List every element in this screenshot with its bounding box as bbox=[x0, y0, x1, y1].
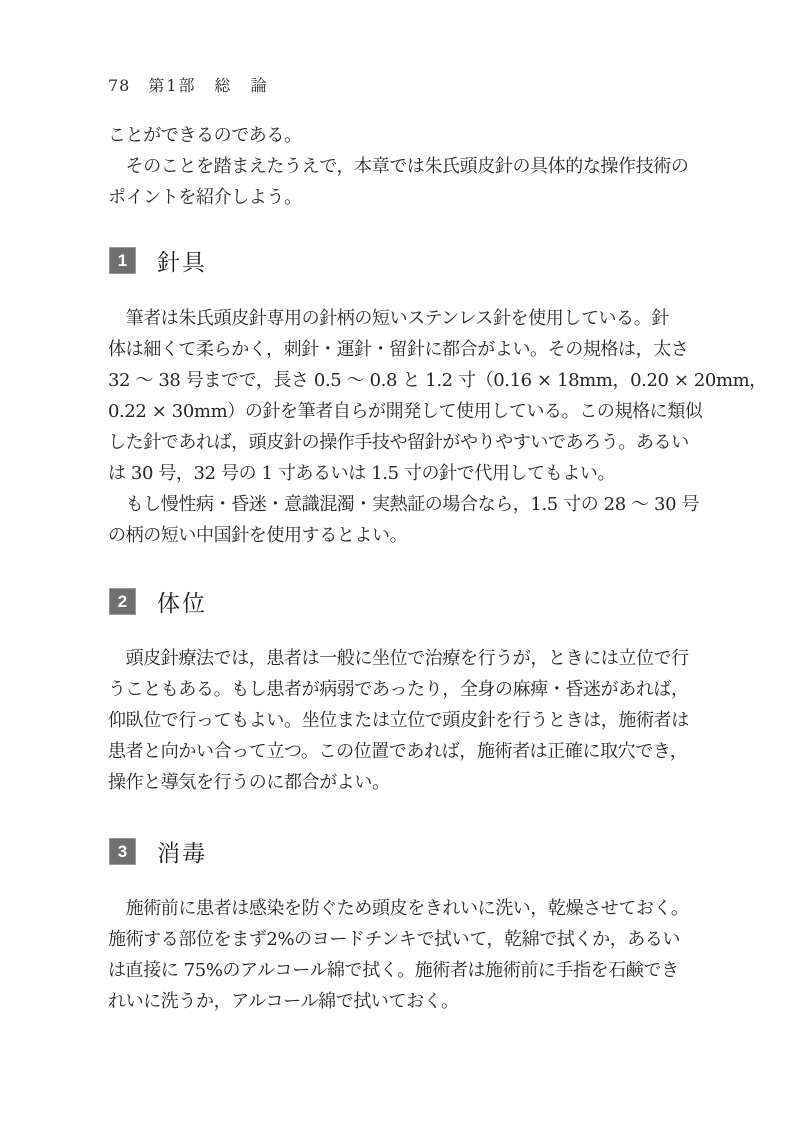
text-line: は 30 号，32 号の 1 寸あるいは 1.5 寸の針で代用してもよい。 bbox=[108, 458, 694, 489]
text-line: 仰臥位で行ってもよい。坐位または立位で頭皮針を行うときは，施術者は bbox=[108, 705, 694, 736]
text-line: 体は細くて柔らかく，刺針・運針・留針に都合がよい。その規格は，太さ bbox=[108, 334, 694, 365]
text-line: うこともある。もし患者が病弱であったり，全身の麻痺・昏迷があれば， bbox=[108, 674, 694, 705]
text-line: 0.22 × 30mm）の針を筆者自らが開発して使用している。この規格に類似 bbox=[108, 396, 694, 427]
book-page: 78 第1部 総 論 ことができるのである。 そのことを踏まえたうえで，本章では… bbox=[0, 0, 800, 1135]
text-line: は直接に 75%のアルコール綿で拭く。施術者は施術前に手指を石鹸でき bbox=[108, 955, 694, 986]
text-line: の柄の短い中国針を使用するとよい。 bbox=[108, 520, 694, 551]
text-line: れいに洗うか，アルコール綿で拭いておく。 bbox=[108, 986, 694, 1017]
intro-paragraph: ことができるのである。 そのことを踏まえたうえで，本章では朱氏頭皮針の具体的な操… bbox=[108, 120, 694, 213]
text-line: ことができるのである。 bbox=[108, 120, 694, 151]
section-heading-1: 1 針具 bbox=[109, 244, 207, 277]
section-heading-3: 3 消毒 bbox=[109, 835, 207, 868]
text-line: 筆者は朱氏頭皮針専用の針柄の短いステンレス針を使用している。針 bbox=[108, 303, 694, 334]
text-line: もし慢性病・昏迷・意識混濁・実熱証の場合なら，1.5 寸の 28 ～ 30 号 bbox=[108, 489, 694, 520]
section-3-paragraph-1: 施術前に患者は感染を防ぐため頭皮をきれいに洗い，乾燥させておく。 施術する部位を… bbox=[108, 893, 694, 1017]
section-1-paragraph-2: もし慢性病・昏迷・意識混濁・実熱証の場合なら，1.5 寸の 28 ～ 30 号 … bbox=[108, 489, 694, 551]
section-title: 体位 bbox=[157, 585, 207, 618]
text-line: 32 ～ 38 号までで，長さ 0.5 ～ 0.8 と 1.2 寸（0.16 ×… bbox=[108, 365, 694, 396]
text-line: ポイントを紹介しよう。 bbox=[108, 182, 694, 213]
section-2-paragraph-1: 頭皮針療法では，患者は一般に坐位で治療を行うが，ときには立位で行 うこともある。… bbox=[108, 643, 694, 798]
section-number-badge: 3 bbox=[109, 838, 136, 865]
text-line: 操作と導気を行うのに都合がよい。 bbox=[108, 767, 694, 798]
section-heading-2: 2 体位 bbox=[109, 585, 207, 618]
text-line: 施術する部位をまず2%のヨードチンキで拭いて，乾綿で拭くか，あるい bbox=[108, 924, 694, 955]
text-line: 施術前に患者は感染を防ぐため頭皮をきれいに洗い，乾燥させておく。 bbox=[108, 893, 694, 924]
text-line: した針であれば，頭皮針の操作手技や留針がやりやすいであろう。あるい bbox=[108, 427, 694, 458]
section-number-badge: 1 bbox=[109, 247, 136, 274]
text-line: 患者と向かい合って立つ。この位置であれば，施術者は正確に取穴でき， bbox=[108, 736, 694, 767]
text-line: 頭皮針療法では，患者は一般に坐位で治療を行うが，ときには立位で行 bbox=[108, 643, 694, 674]
section-number-badge: 2 bbox=[109, 588, 136, 615]
section-1-paragraph-1: 筆者は朱氏頭皮針専用の針柄の短いステンレス針を使用している。針 体は細くて柔らか… bbox=[108, 303, 694, 489]
text-line: そのことを踏まえたうえで，本章では朱氏頭皮針の具体的な操作技術の bbox=[108, 151, 694, 182]
part-title: 第1部 総 論 bbox=[148, 76, 268, 96]
section-title: 針具 bbox=[157, 244, 207, 277]
running-header: 78 第1部 総 論 bbox=[108, 76, 269, 96]
page-number: 78 bbox=[108, 76, 130, 96]
section-title: 消毒 bbox=[157, 835, 207, 868]
